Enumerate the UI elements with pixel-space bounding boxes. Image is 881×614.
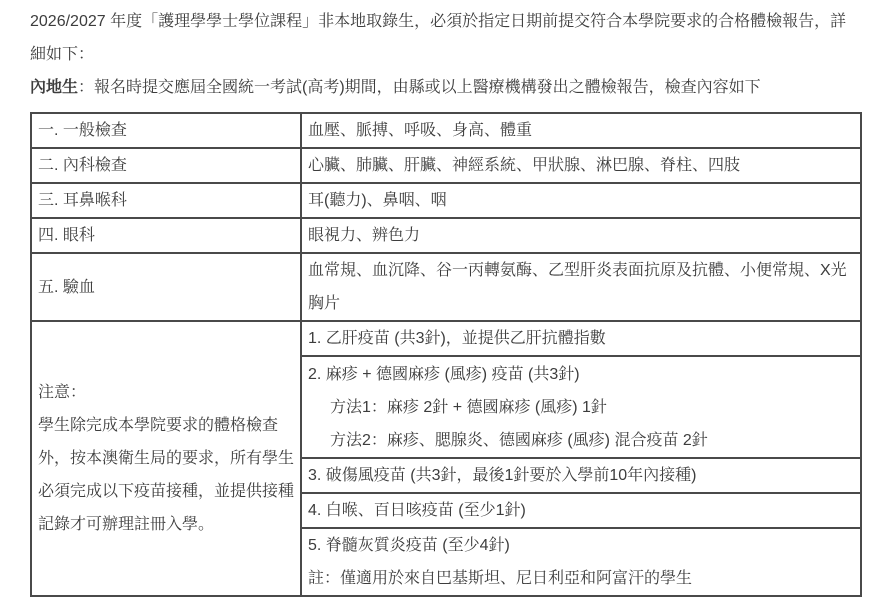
intro-block: 2026/2027 年度「護理學學士學位課程」非本地取錄生，必須於指定日期前提交… bbox=[30, 5, 863, 104]
exam-content-cell: 心臟、肺臟、肝臟、神經系統、甲狀腺、淋巴腺、脊柱、四肢 bbox=[301, 148, 861, 183]
notes-title: 注意： bbox=[38, 376, 294, 409]
table-row-blood-test: 五. 驗血 血常規、血沉降、谷一丙轉氨酶、乙型肝炎表面抗原及抗體、小便常規、X光… bbox=[31, 253, 861, 321]
mainland-student-line: 內地生：報名時提交應屆全國統一考試(高考)期間，由縣或以上醫療機構發出之體檢報告… bbox=[30, 71, 858, 104]
vaccine-item: 2. 麻疹 + 德國麻疹 (風疹) 疫苗 (共3針) bbox=[308, 358, 854, 391]
table-row-ophthalmology: 四. 眼科 眼視力、辨色力 bbox=[31, 218, 861, 253]
vaccine-method-1: 方法1：麻疹 2針 + 德國麻疹 (風疹) 1針 bbox=[308, 391, 854, 424]
intro-paragraph: 2026/2027 年度「護理學學士學位課程」非本地取錄生，必須於指定日期前提交… bbox=[30, 5, 858, 71]
table-row-general-exam: 一. 一般檢查 血壓、脈搏、呼吸、身高、體重 bbox=[31, 113, 861, 148]
vaccine-content-cell: 4. 白喉、百日咳疫苗 (至少1針) bbox=[301, 493, 861, 528]
vaccine-item: 1. 乙肝疫苗 (共3針)，並提供乙肝抗體指數 bbox=[308, 322, 854, 355]
mainland-student-label: 內地生 bbox=[30, 79, 78, 96]
table-row-ent: 三. 耳鼻喉科 耳(聽力)、鼻咽、咽 bbox=[31, 183, 861, 218]
exam-label-cell: 三. 耳鼻喉科 bbox=[31, 183, 301, 218]
exam-label-cell: 五. 驗血 bbox=[31, 253, 301, 321]
vaccine-content-cell: 1. 乙肝疫苗 (共3針)，並提供乙肝抗體指數 bbox=[301, 321, 861, 356]
vaccine-item: 5. 脊髓灰質炎疫苗 (至少4針) bbox=[308, 529, 854, 562]
medical-requirements-table: 一. 一般檢查 血壓、脈搏、呼吸、身高、體重 二. 內科檢查 心臟、肺臟、肝臟、… bbox=[30, 112, 862, 597]
vaccine-content-cell: 2. 麻疹 + 德國麻疹 (風疹) 疫苗 (共3針) 方法1：麻疹 2針 + 德… bbox=[301, 356, 861, 458]
vaccine-content-cell: 5. 脊髓灰質炎疫苗 (至少4針) 註：僅適用於來自巴基斯坦、尼日利亞和阿富汗的… bbox=[301, 528, 861, 596]
notes-cell: 注意： 學生除完成本學院要求的體格檢查外，按本澳衛生局的要求，所有學生必須完成以… bbox=[31, 321, 301, 596]
document-page: 2026/2027 年度「護理學學士學位課程」非本地取錄生，必須於指定日期前提交… bbox=[0, 0, 881, 597]
vaccine-content-cell: 3. 破傷風疫苗 (共3針，最後1針要於入學前10年內接種) bbox=[301, 458, 861, 493]
exam-label-cell: 四. 眼科 bbox=[31, 218, 301, 253]
table-row-internal-medicine: 二. 內科檢查 心臟、肺臟、肝臟、神經系統、甲狀腺、淋巴腺、脊柱、四肢 bbox=[31, 148, 861, 183]
notes-body: 學生除完成本學院要求的體格檢查外，按本澳衛生局的要求，所有學生必須完成以下疫苗接… bbox=[38, 409, 294, 541]
exam-content-cell: 血壓、脈搏、呼吸、身高、體重 bbox=[301, 113, 861, 148]
exam-label-cell: 一. 一般檢查 bbox=[31, 113, 301, 148]
exam-label-cell: 二. 內科檢查 bbox=[31, 148, 301, 183]
vaccine-method-2: 方法2：麻疹、腮腺炎、德國麻疹 (風疹) 混合疫苗 2針 bbox=[308, 424, 854, 457]
vaccine-item: 4. 白喉、百日咳疫苗 (至少1針) bbox=[308, 494, 854, 527]
exam-content-cell: 眼視力、辨色力 bbox=[301, 218, 861, 253]
mainland-student-text: ：報名時提交應屆全國統一考試(高考)期間，由縣或以上醫療機構發出之體檢報告，檢查… bbox=[78, 79, 761, 96]
exam-content-cell: 耳(聽力)、鼻咽、咽 bbox=[301, 183, 861, 218]
exam-content-cell: 血常規、血沉降、谷一丙轉氨酶、乙型肝炎表面抗原及抗體、小便常規、X光胸片 bbox=[301, 253, 861, 321]
vaccine-note: 註：僅適用於來自巴基斯坦、尼日利亞和阿富汗的學生 bbox=[308, 562, 854, 595]
vaccine-item: 3. 破傷風疫苗 (共3針，最後1針要於入學前10年內接種) bbox=[308, 459, 854, 492]
table-row-vaccine-hepb: 注意： 學生除完成本學院要求的體格檢查外，按本澳衛生局的要求，所有學生必須完成以… bbox=[31, 321, 861, 356]
